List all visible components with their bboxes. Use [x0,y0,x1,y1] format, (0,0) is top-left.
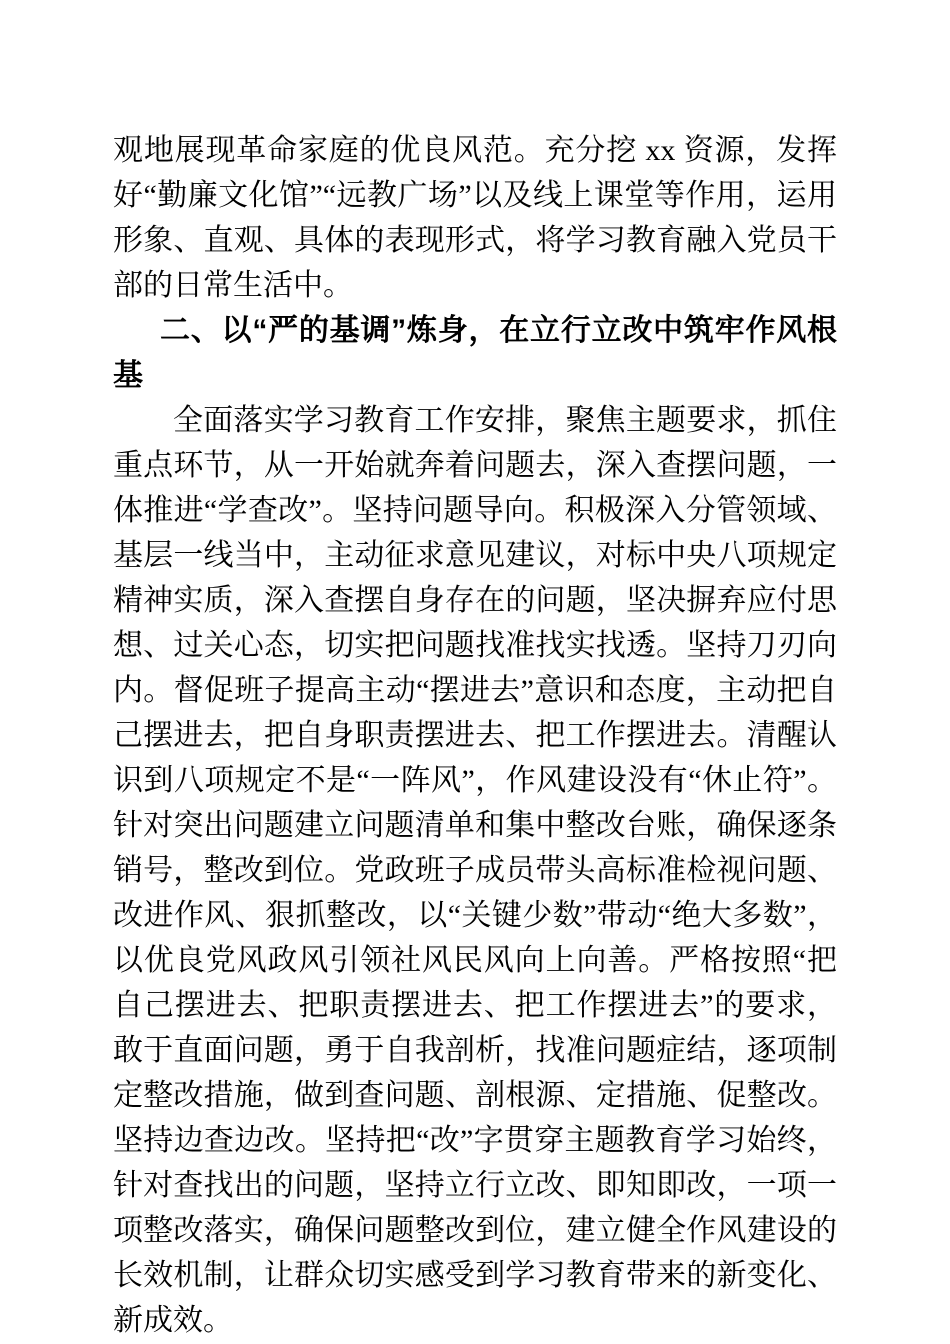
paragraph-body: 全面落实学习教育工作安排，聚焦主题要求，抓住重点环节，从一开始就奔着问题去，深入… [113,398,837,1343]
paragraph-continuation: 观地展现革命家庭的优良风范。充分挖 xx 资源，发挥好“勤廉文化馆”“远教广场”… [113,128,837,308]
document-content: 观地展现革命家庭的优良风范。充分挖 xx 资源，发挥好“勤廉文化馆”“远教广场”… [113,128,837,1343]
document-page: 观地展现革命家庭的优良风范。充分挖 xx 资源，发挥好“勤廉文化馆”“远教广场”… [0,0,950,1344]
section-heading: 二、以“严的基调”炼身，在立行立改中筑牢作风根基 [113,308,837,398]
